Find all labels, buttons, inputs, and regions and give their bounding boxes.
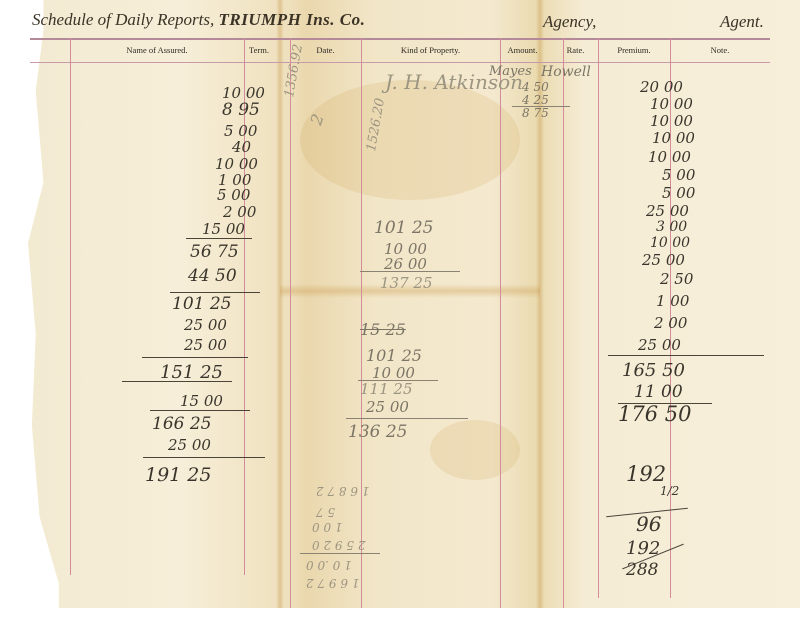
premium-entry: 10 00 [650,112,693,130]
sum-line [150,410,250,411]
struck-entry: 15 25 [360,320,406,339]
document-title: Schedule of Daily Reports, TRIUMPH Ins. … [32,10,365,30]
column-divider [70,38,71,575]
kind-tally-entry: 25 00 [366,398,409,416]
tally-entry: 8 95 [222,100,260,120]
sum-line [360,271,460,272]
premium-entry: 10 00 [652,129,695,147]
column-divider [500,38,501,608]
column-header-amount: Amount. [500,45,545,55]
tally-entry: 15 00 [202,220,245,238]
inverted-note: 1 0 0 [312,520,343,534]
premium-entry: 25 00 [638,336,681,354]
tally-total: 191 25 [145,464,211,486]
premium-total: 176 50 [618,402,691,426]
amount-entry: 4 50 [522,80,549,94]
kind-tally-entry: 101 25 [366,346,422,365]
kind-tally-entry: 101 25 [374,218,433,238]
premium-entry: 2 00 [654,314,687,332]
tally-subtotal: 56 75 [190,242,239,262]
tally-subtotal: 101 25 [172,294,231,314]
premium-entry: 25 00 [646,202,689,220]
header-rule-top [30,38,770,40]
premium-entry: 10 00 [650,235,690,251]
sum-line [608,355,764,356]
column-header-note: Note. [670,45,770,55]
inverted-note: 1 6 8 7 2 [316,484,369,498]
inverted-note: 1 6 9 7 2 [306,576,359,590]
calc-value: 288 [626,560,658,580]
column-header-name: Name of Assured. [70,45,244,55]
column-header-kind: Kind of Property. [361,45,500,55]
premium-entry: 20 00 [640,78,683,96]
inverted-note: 5 7 [316,505,335,519]
tally-entry: 44 50 [188,266,237,286]
calc-value: 96 [636,512,661,536]
premium-entry: 2 50 [660,270,693,288]
calc-value: 192 [626,462,666,486]
agency-label: Agency, [543,12,596,32]
tally-entry: 25 00 [184,316,227,334]
amount-total: 8 75 [522,106,549,120]
sum-line [122,381,232,382]
column-header-rate: Rate. [563,45,588,55]
premium-entry: 11 00 [634,382,683,402]
tally-subtotal: 166 25 [152,414,211,434]
tally-entry: 5 00 [217,186,250,204]
header-rule-bottom [30,62,770,63]
agent-label: Agent. [720,12,764,32]
sum-line [142,357,248,358]
premium-entry: 25 00 [642,251,685,269]
premium-entry: 10 00 [650,95,693,113]
column-header-term: Term. [244,45,274,55]
stain [430,420,520,480]
calc-fraction: 1/2 [660,484,679,498]
sum-line [143,457,265,458]
inverted-note: 1 0 .0 0 [306,558,352,572]
title-company: TRIUMPH Ins. Co. [219,10,366,29]
tally-entry: 15 00 [180,392,223,410]
premium-entry: 10 00 [648,148,691,166]
column-header-premium: Premium. [598,45,670,55]
amount-note: Howell [541,64,591,80]
tally-entry: 40 [232,138,251,156]
kind-tally-total: 137 25 [380,274,433,292]
premium-entry: 5 00 [662,184,695,202]
tally-entry: 25 00 [168,436,211,454]
column-divider [598,38,599,598]
column-divider [563,38,564,608]
kind-tally-subtotal: 111 25 [360,380,413,398]
premium-entry: 1 00 [656,292,689,310]
tally-subtotal: 151 25 [160,362,223,383]
tally-entry: 25 00 [184,336,227,354]
sum-line [300,553,380,554]
title-script: Schedule of Daily Reports, [32,10,214,29]
sum-line [170,292,260,293]
column-divider [290,38,291,608]
sum-line [186,238,252,239]
amount-note: Mayes [489,64,532,79]
sum-line [346,418,468,419]
premium-entry: 5 00 [662,166,695,184]
kind-tally-total: 136 25 [348,422,407,442]
inverted-note: 2 5 9 2 0 [312,538,365,552]
tally-entry: 2 00 [223,203,256,221]
amount-entry: 4 25 [522,93,549,107]
stain [300,80,520,200]
premium-subtotal: 165 50 [622,360,685,381]
premium-entry: 3 00 [656,219,687,235]
